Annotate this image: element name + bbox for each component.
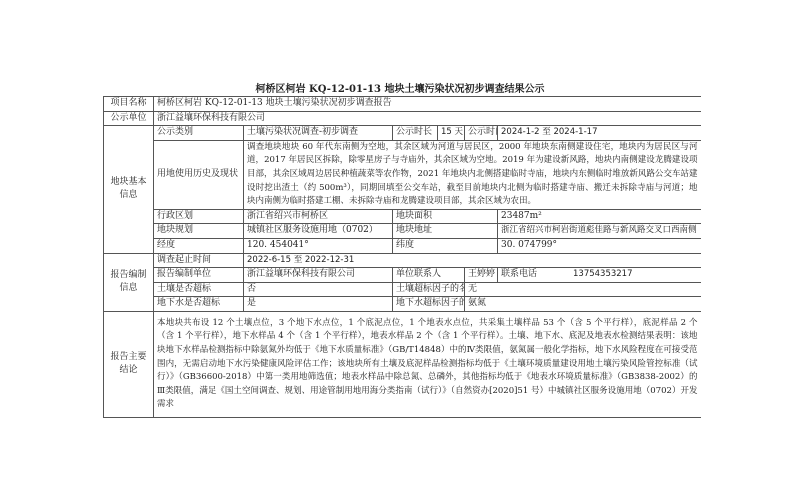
label-contact: 单位联系人 [393,268,465,283]
value-category: 土壤污染状况调查-初步调查 [244,126,393,141]
value-survey-period: 2022-6-15 至 2022-12-31 [244,253,701,268]
row-coords: 经度 120. 454041° 纬度 30. 074799° [104,238,701,253]
row-planning: 地块规划 城镇社区服务设施用地（0702） 地块地址 浙江省绍兴市柯岩街道彪佳路… [104,224,701,239]
label-gw-factor: 地下水超标因子的名称 [393,297,465,312]
row-gw-exceed: 地下水是否超标 是 地下水超标因子的名称 氨氮 [104,297,701,312]
label-history: 用地使用历史及现状 [154,140,244,209]
label-latitude: 纬度 [393,238,498,253]
value-longitude: 120. 454041° [244,238,393,253]
value-contact: 王婷婷 [465,268,498,283]
value-phone: 13754353217 [573,269,633,279]
value-gw-exceed: 是 [244,297,393,312]
label-planning: 地块规划 [154,224,244,239]
results-table: 项目名称 柯桥区柯岩 KQ-12-01-13 地块土壤污染状况初步调查报告 公示… [103,96,701,418]
row-project-name: 项目名称 柯桥区柯岩 KQ-12-01-13 地块土壤污染状况初步调查报告 [104,97,701,112]
phone-group: 联系电话13754353217 [498,268,701,283]
value-soil-factor: 无 [465,282,701,297]
row-soil-exceed: 土壤是否超标 否 土壤超标因子的名称 无 [104,282,701,297]
label-gw-exceed: 地下水是否超标 [154,297,244,312]
label-compiler: 报告编制单位 [154,268,244,283]
value-gw-factor: 氨氮 [465,297,701,312]
label-project-name: 项目名称 [104,97,154,112]
label-district: 行政区划 [154,209,244,224]
row-district: 行政区划 浙江省绍兴市柯桥区 地块面积 23487m² [104,209,701,224]
label-longitude: 经度 [154,238,244,253]
label-period: 公示时间 [465,126,498,141]
label-area: 地块面积 [393,209,498,224]
label-phone: 联系电话 [501,269,537,279]
value-latitude: 30. 074799° [498,238,701,253]
label-duration: 公示时长 [393,126,438,141]
section-report-info: 报告编制信息 [104,253,154,311]
value-soil-exceed: 否 [244,282,393,297]
row-survey-period: 报告编制信息 调查起止时间 2022-6-15 至 2022-12-31 [104,253,701,268]
value-district: 浙江省绍兴市柯桥区 [244,209,393,224]
value-history: 调查地块地块 60 年代东南侧为空地，其余区域为河道与居民区，2000 年地块东… [244,140,701,209]
row-conclusion: 报告主要结论 本地块共布设 12 个土壤点位，3 个地下水点位，1 个底泥点位，… [104,311,701,417]
value-project-name: 柯桥区柯岩 KQ-12-01-13 地块土壤污染状况初步调查报告 [154,97,701,112]
value-duration: 15 天 [438,126,465,141]
value-planning: 城镇社区服务设施用地（0702） [244,224,393,239]
label-publisher: 公示单位 [104,111,154,126]
section-site-info: 地块基本信息 [104,126,154,253]
value-publisher: 浙江益壤环保科技有限公司 [154,111,701,126]
label-category: 公示类别 [154,126,244,141]
value-area: 23487m² [498,209,701,224]
value-compiler: 浙江益壤环保科技有限公司 [244,268,393,283]
row-compiler: 报告编制单位 浙江益壤环保科技有限公司 单位联系人 王婷婷 联系电话137543… [104,268,701,283]
value-conclusion: 本地块共布设 12 个土壤点位，3 个地下水点位，1 个底泥点位，1 个地表水点… [154,311,701,417]
row-category: 地块基本信息 公示类别 土壤污染状况调查-初步调查 公示时长 15 天 公示时间… [104,126,701,141]
label-survey-period: 调查起止时间 [154,253,244,268]
label-address: 地块地址 [393,224,498,239]
label-soil-factor: 土壤超标因子的名称 [393,282,465,297]
row-publisher: 公示单位 浙江益壤环保科技有限公司 [104,111,701,126]
value-period: 2024-1-2 至 2024-1-17 [498,126,701,141]
label-soil-exceed: 土壤是否超标 [154,282,244,297]
page-title: 柯桥区柯岩 KQ-12-01-13 地块土壤污染状况初步调查结果公示 [0,80,800,95]
value-address: 浙江省绍兴市柯岩街道彪佳路与新风路交叉口西南侧 [498,224,701,239]
row-history: 用地使用历史及现状 调查地块地块 60 年代东南侧为空地，其余区域为河道与居民区… [104,140,701,209]
section-conclusion: 报告主要结论 [104,311,154,417]
